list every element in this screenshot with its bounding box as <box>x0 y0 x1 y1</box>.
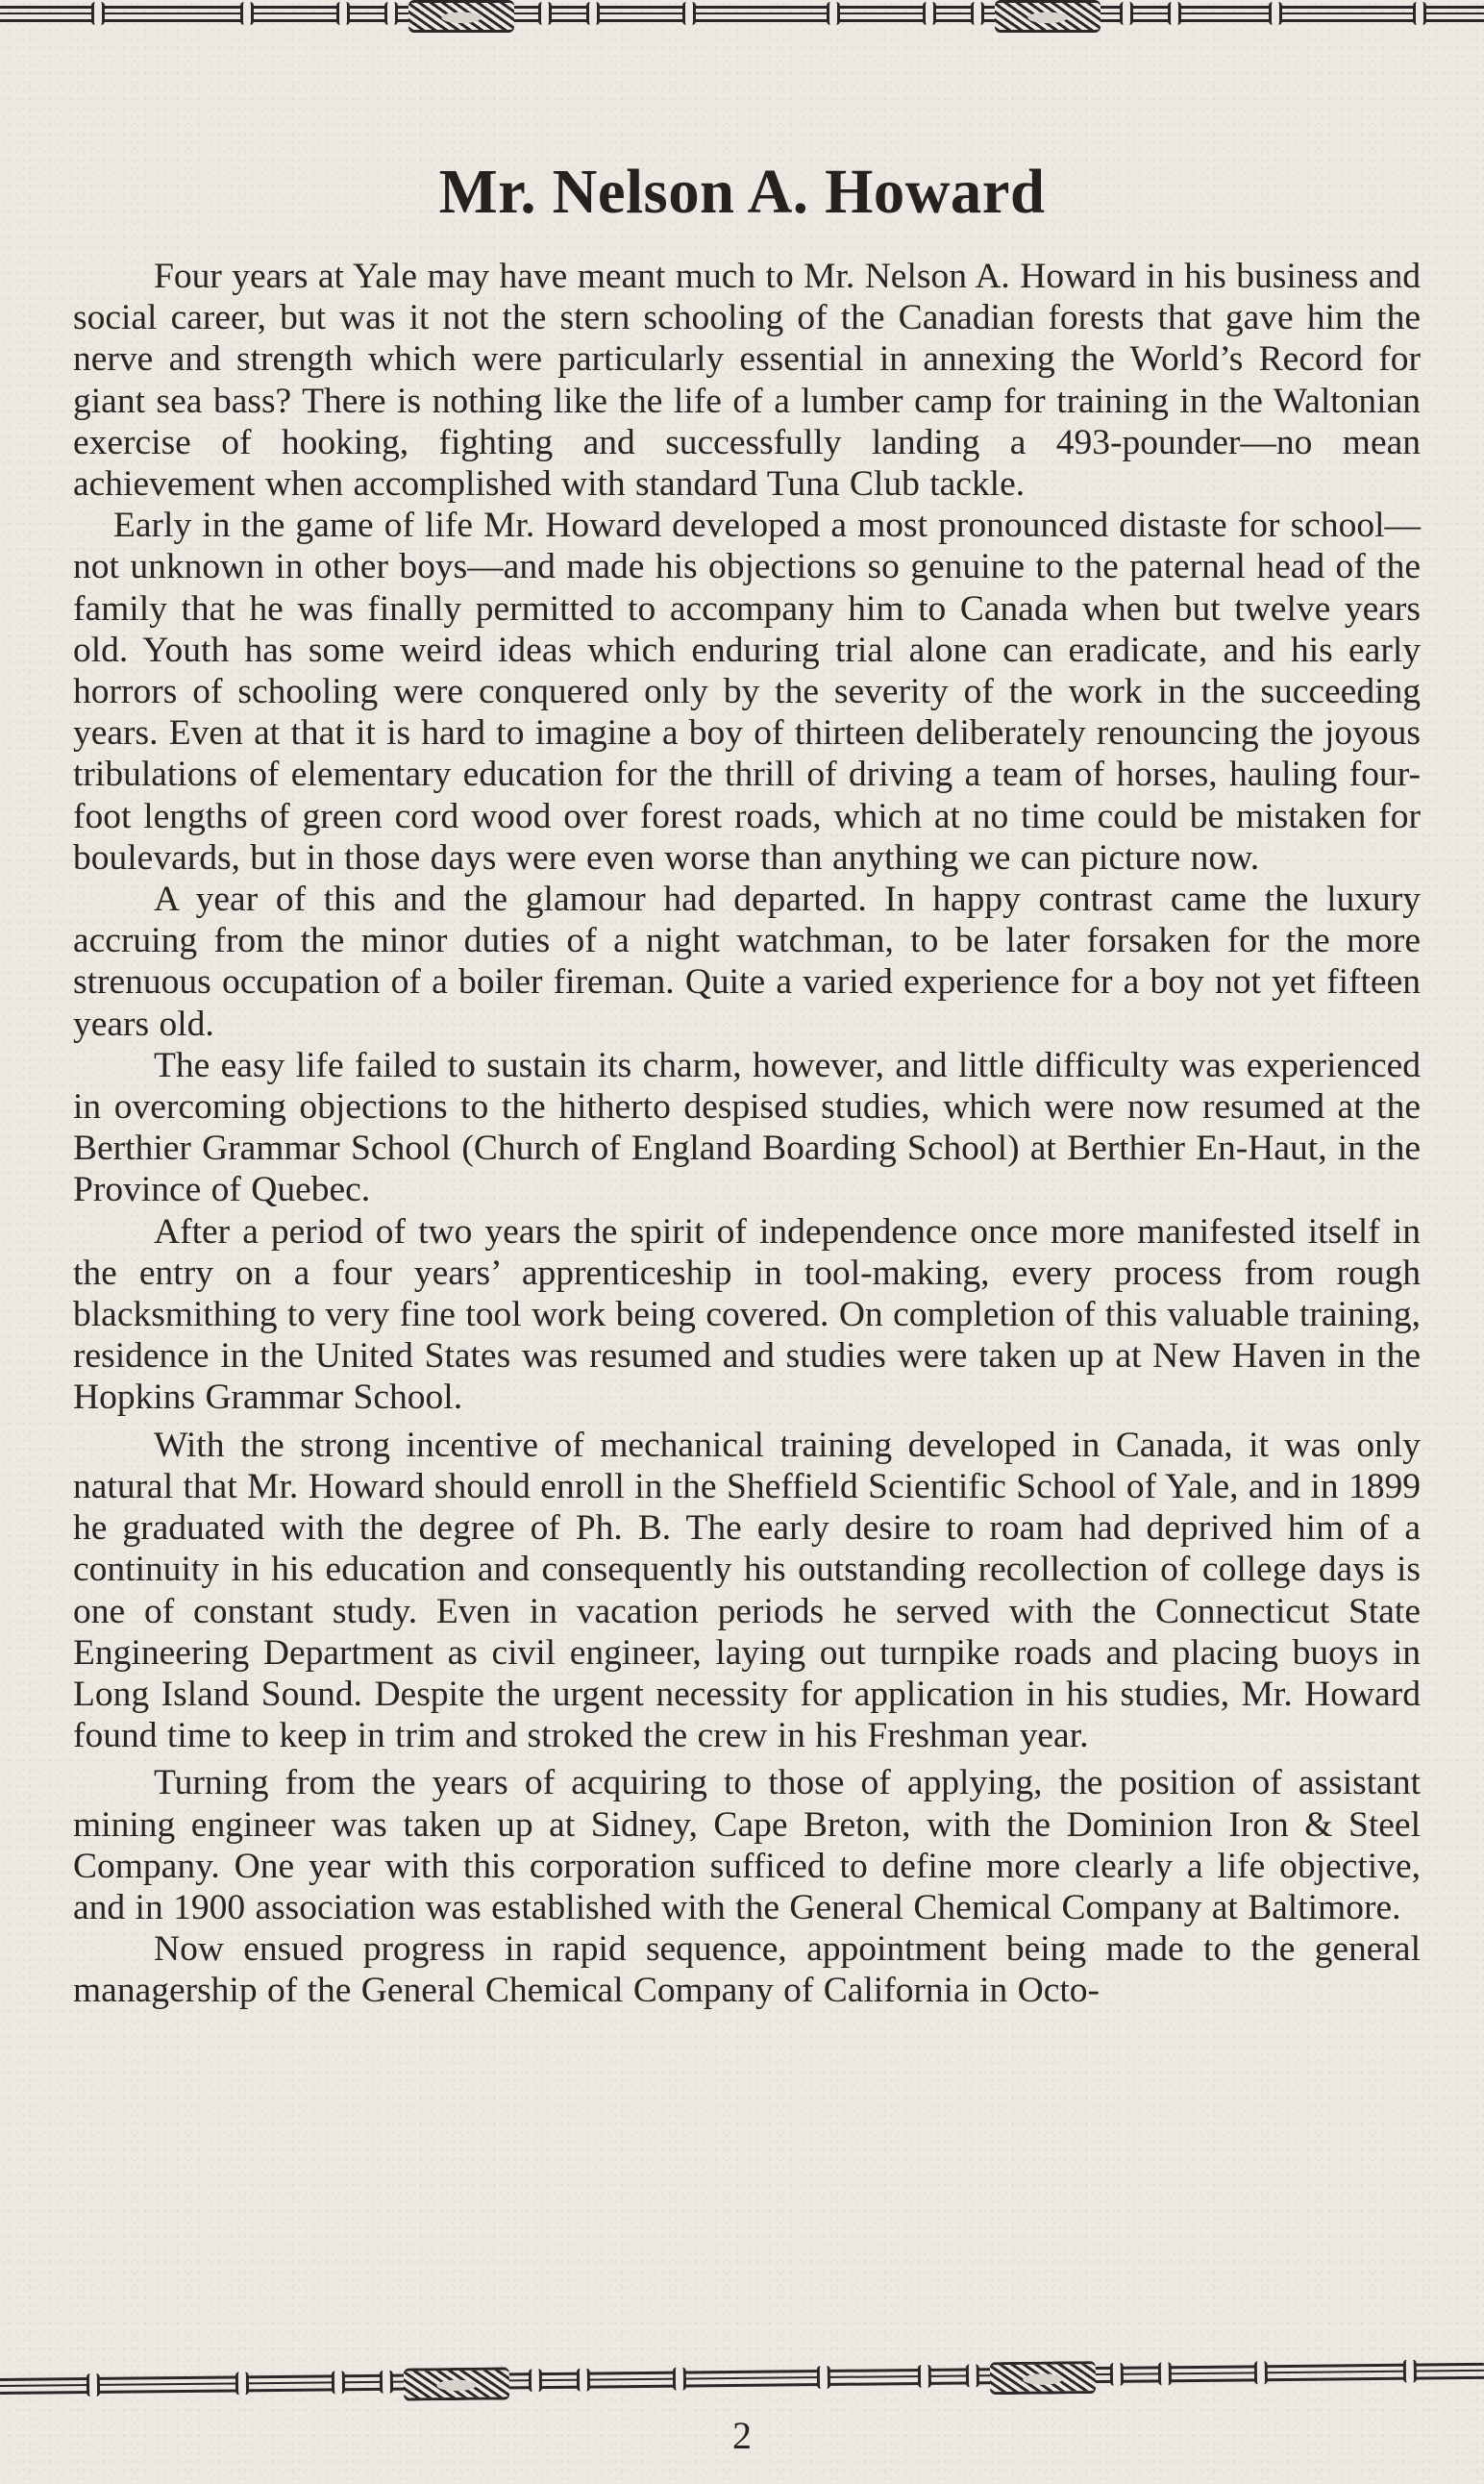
page-number: 2 <box>0 2413 1484 2458</box>
paragraph: With the strong incentive of mechanical … <box>73 1425 1421 1757</box>
paragraph: Turning from the years of acquiring to t… <box>73 1762 1421 1928</box>
ornament-icon <box>408 0 514 33</box>
ornament-icon <box>404 2367 509 2400</box>
paragraph: The easy life failed to sustain its char… <box>73 1045 1421 1211</box>
ornament-icon <box>995 0 1101 33</box>
paragraph: Now ensued progress in rapid sequence, a… <box>73 1928 1421 2011</box>
ornament-icon <box>990 2361 1096 2395</box>
bottom-ornamental-border <box>0 2359 1484 2399</box>
paragraph: Early in the game of life Mr. Howard dev… <box>73 505 1421 879</box>
top-ornamental-border <box>0 2 1484 27</box>
paragraph: A year of this and the glamour had depar… <box>73 879 1421 1045</box>
paragraph: After a period of two years the spirit o… <box>73 1211 1421 1419</box>
article-title: Mr. Nelson A. Howard <box>14 156 1469 229</box>
article-body: Four years at Yale may have meant much t… <box>73 256 1421 2012</box>
paragraph: Four years at Yale may have meant much t… <box>73 256 1421 505</box>
